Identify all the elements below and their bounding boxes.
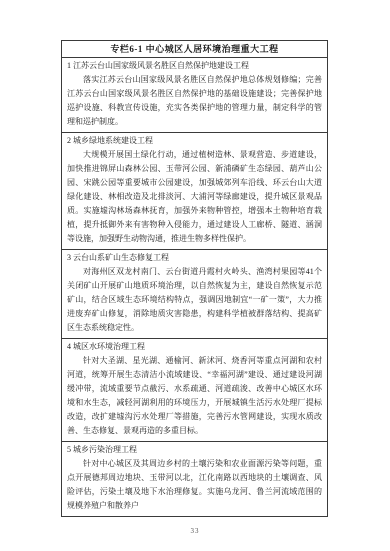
section-body: 针对大圣湖、星光湖、通榆河、新沭河、烧香河等重点河湖和农村河道，统筹开展生态清洁… bbox=[67, 354, 322, 438]
section-body: 对海州区双龙村南门、云台街道丹霞村火岭头、渔湾村果园等41个关闭矿山开展矿山地质… bbox=[67, 265, 322, 335]
exhibit-section-1: 1 江苏云台山国家级风景名胜区自然保护地建设工程 落实江苏云台山国家级风景名胜区… bbox=[62, 58, 327, 133]
exhibit-table: 专栏6-1 中心城区人居环境治理重大工程 1 江苏云台山国家级风景名胜区自然保护… bbox=[61, 40, 328, 517]
section-body: 大规模开展国土绿化行动，通过植树造林、景观营造、步道建设，加快推进锦屏山森林公园… bbox=[67, 148, 322, 246]
section-body: 落实江苏云台山国家级风景名胜区自然保护地总体规划修编；完善江苏云台山国家级风景名… bbox=[67, 73, 322, 129]
exhibit-section-5: 5 城乡污染治理工程 针对中心城区及其周边乡村的土壤污染和农业面源污染等问题，重… bbox=[62, 442, 327, 516]
exhibit-section-3: 3 云台山系矿山生态修复工程 对海州区双龙村南门、云台街道丹霞村火岭头、渔湾村果… bbox=[62, 250, 327, 339]
page-number: 33 bbox=[0, 527, 390, 535]
section-heading: 3 云台山系矿山生态修复工程 bbox=[67, 251, 322, 265]
exhibit-section-4: 4 城区水环境治理工程 针对大圣湖、星光湖、通榆河、新沭河、烧香河等重点河湖和农… bbox=[62, 339, 327, 442]
section-body: 针对中心城区及其周边乡村的土壤污染和农业面源污染等问题，重点开展德邦周边地块、玉… bbox=[67, 457, 322, 513]
section-heading: 5 城乡污染治理工程 bbox=[67, 443, 322, 457]
section-heading: 1 江苏云台山国家级风景名胜区自然保护地建设工程 bbox=[67, 59, 322, 73]
section-heading: 4 城区水环境治理工程 bbox=[67, 340, 322, 354]
exhibit-title: 专栏6-1 中心城区人居环境治理重大工程 bbox=[62, 41, 327, 58]
exhibit-section-2: 2 城乡绿地系统建设工程 大规模开展国土绿化行动，通过植树造林、景观营造、步道建… bbox=[62, 133, 327, 250]
section-heading: 2 城乡绿地系统建设工程 bbox=[67, 134, 322, 148]
document-page: 专栏6-1 中心城区人居环境治理重大工程 1 江苏云台山国家级风景名胜区自然保护… bbox=[0, 0, 390, 551]
